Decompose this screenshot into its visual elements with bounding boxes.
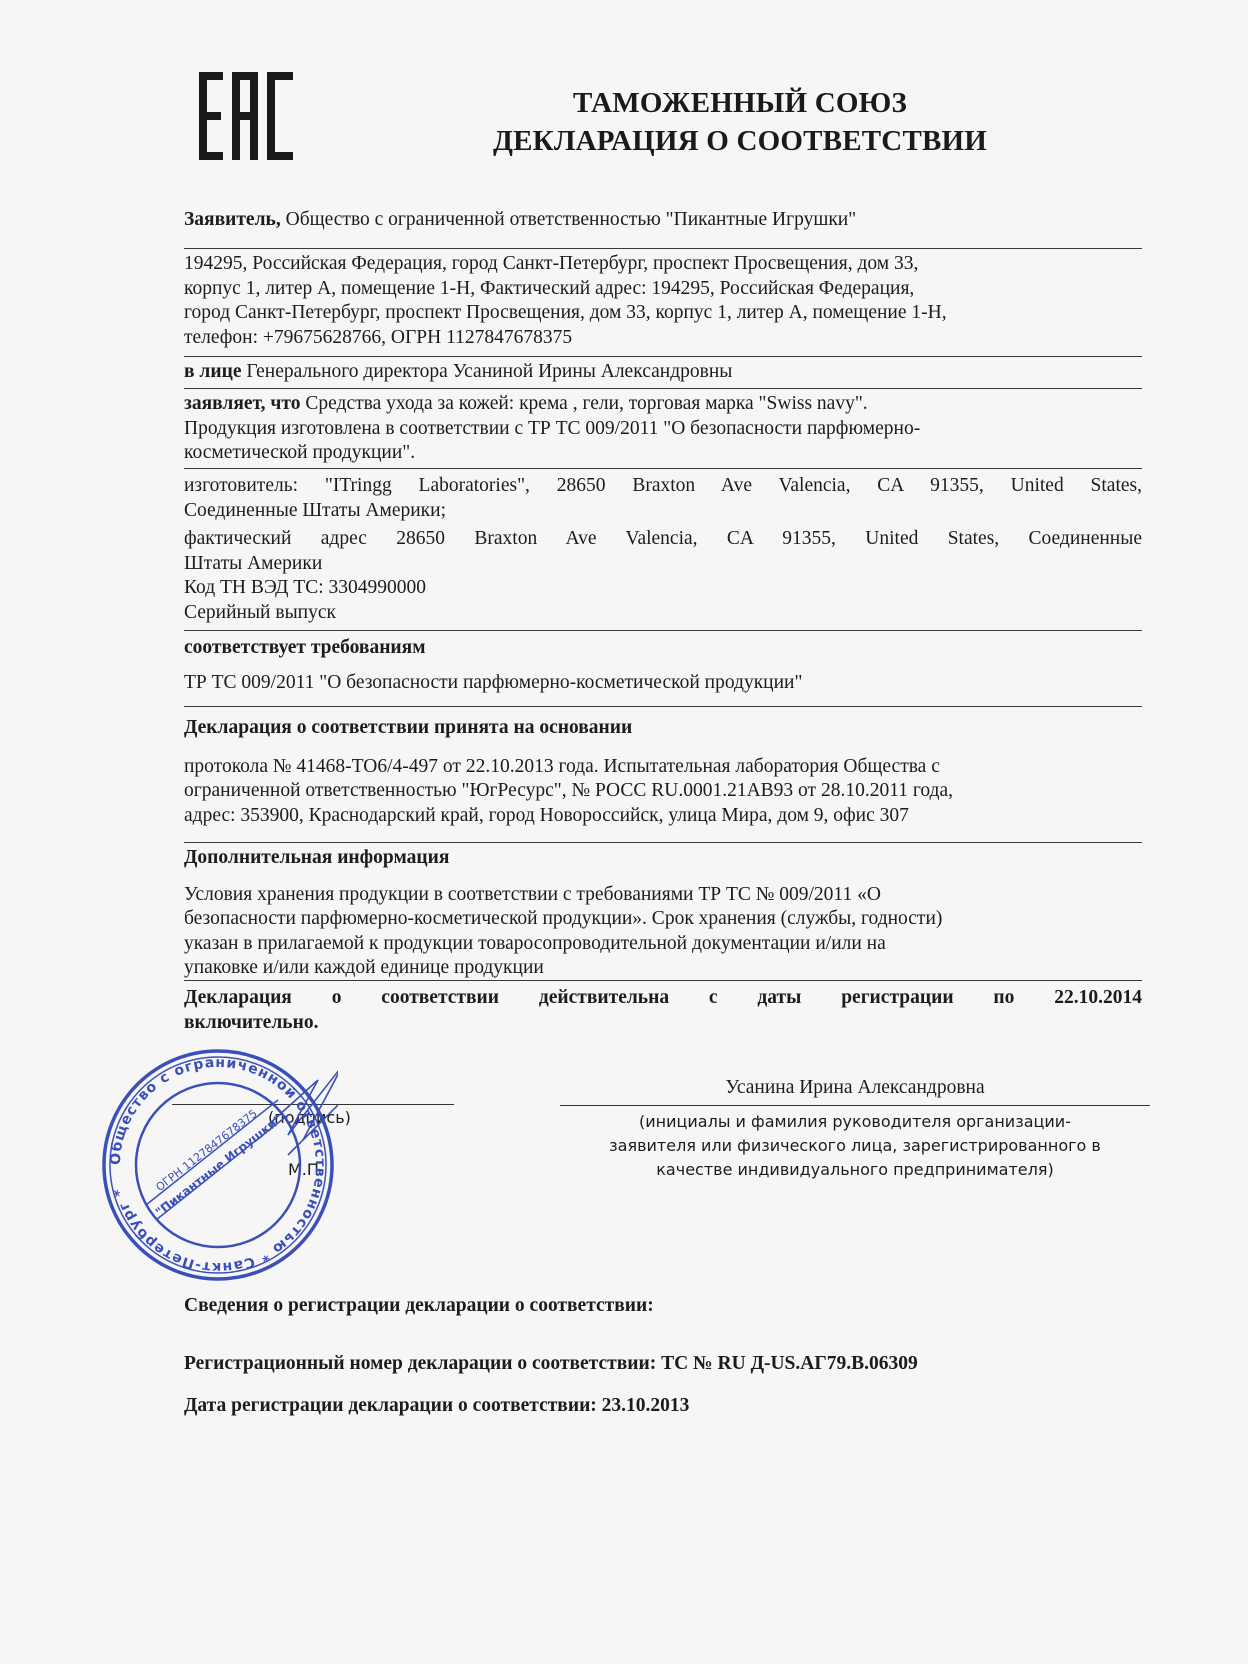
title-line-1: ТАМОЖЕННЫЙ СОЮЗ (440, 84, 1040, 122)
address-line: телефон: +79675628766, ОГРН 112784767837… (184, 326, 1142, 351)
title-line-2: ДЕКЛАРАЦИЯ О СООТВЕТСТВИИ (440, 122, 1040, 160)
manufacturer-address-line: Штаты Америки (184, 552, 1142, 577)
divider (184, 706, 1142, 707)
release-type: Серийный выпуск (184, 601, 1142, 626)
address-line: корпус 1, литер А, помещение 1-Н, Фактич… (184, 277, 1142, 302)
additional-info-block: Дополнительная информация Условия хранен… (184, 846, 1142, 981)
registration-number: Регистрационный номер декларации о соотв… (184, 1353, 918, 1375)
signer-caption: (инициалы и фамилия руководителя организ… (560, 1110, 1150, 1182)
represented-by-value: Генерального директора Усаниной Ирины Ал… (241, 361, 732, 382)
eac-logo-icon (199, 72, 293, 160)
basis-line: протокола № 41468-ТО6/4-497 от 22.10.201… (184, 755, 1142, 780)
address-line: 194295, Российская Федерация, город Санк… (184, 252, 1142, 277)
divider (184, 356, 1142, 357)
signer-name-line (560, 1105, 1150, 1106)
company-seal-stamp: Общество с ограниченной ответственностью… (98, 1045, 338, 1285)
basis-label: Декларация о соответствии принята на осн… (184, 717, 632, 738)
document-title: ТАМОЖЕННЫЙ СОЮЗ ДЕКЛАРАЦИЯ О СООТВЕТСТВИ… (440, 84, 1040, 160)
manufacturer-line: изготовитель: "ITringg Laboratories", 28… (184, 474, 1142, 499)
registration-date: Дата регистрации декларации о соответств… (184, 1395, 689, 1417)
divider (184, 842, 1142, 843)
stamp-inner-text: "Пикантные Игрушки" (153, 1112, 284, 1219)
divider (184, 468, 1142, 469)
basis-line: ограниченной ответственностью "ЮгРесурс"… (184, 779, 1142, 804)
conforms-label: соответствует требованиям (184, 637, 426, 658)
signer-caption-line: заявителя или физического лица, зарегист… (560, 1134, 1150, 1158)
additional-line: безопасности парфюмерно-косметической пр… (184, 907, 1142, 932)
additional-info-label: Дополнительная информация (184, 847, 449, 868)
represented-by: в лице Генерального директора Усаниной И… (184, 360, 1142, 385)
declares-block: заявляет, что Средства ухода за кожей: к… (184, 392, 1142, 466)
applicant-address: 194295, Российская Федерация, город Санк… (184, 252, 1142, 350)
declares-line: Средства ухода за кожей: крема , гели, т… (301, 393, 868, 414)
declares-label: заявляет, что (184, 393, 301, 414)
manufacturer-address-line: фактический адрес 28650 Braxton Ave Vale… (184, 527, 1142, 552)
tn-ved-code: Код ТН ВЭД ТС: 3304990000 (184, 576, 1142, 601)
registration-heading: Сведения о регистрации декларации о соот… (184, 1295, 654, 1317)
divider (184, 630, 1142, 631)
additional-line: упаковке и/или каждой единице продукции (184, 956, 1142, 981)
additional-line: Условия хранения продукции в соответстви… (184, 883, 1142, 908)
validity-line: включительно. (184, 1011, 1142, 1036)
additional-line: указан в прилагаемой к продукции товарос… (184, 932, 1142, 957)
address-line: город Санкт-Петербург, проспект Просвеще… (184, 301, 1142, 326)
declares-line: косметической продукции". (184, 441, 1142, 466)
signer-caption-line: качестве индивидуального предпринимателя… (560, 1158, 1150, 1182)
represented-by-label: в лице (184, 361, 241, 382)
conforms-block: соответствует требованиям ТР ТС 009/2011… (184, 636, 1142, 695)
divider (184, 248, 1142, 249)
signer-caption-line: (инициалы и фамилия руководителя организ… (560, 1110, 1150, 1134)
validity-block: Декларация о соответствии действительна … (184, 986, 1142, 1035)
basis-line: адрес: 353900, Краснодарский край, город… (184, 804, 1142, 829)
divider (184, 388, 1142, 389)
conforms-value: ТР ТС 009/2011 "О безопасности парфюмерн… (184, 671, 1142, 696)
basis-block: Декларация о соответствии принята на осн… (184, 716, 1142, 828)
divider (184, 980, 1142, 981)
validity-line: Декларация о соответствии действительна … (184, 986, 1142, 1011)
manufacturer-line: Соединенные Штаты Америки; (184, 499, 1142, 524)
declares-line: Продукция изготовлена в соответствии с Т… (184, 417, 1142, 442)
applicant-name: Общество с ограниченной ответственностью… (281, 209, 856, 230)
manufacturer-block: изготовитель: "ITringg Laboratories", 28… (184, 474, 1142, 625)
applicant-name-line: Заявитель, Общество с ограниченной ответ… (184, 208, 1142, 233)
applicant-label: Заявитель, (184, 209, 281, 230)
signer-name: Усанина Ирина Александровна (560, 1076, 1150, 1101)
